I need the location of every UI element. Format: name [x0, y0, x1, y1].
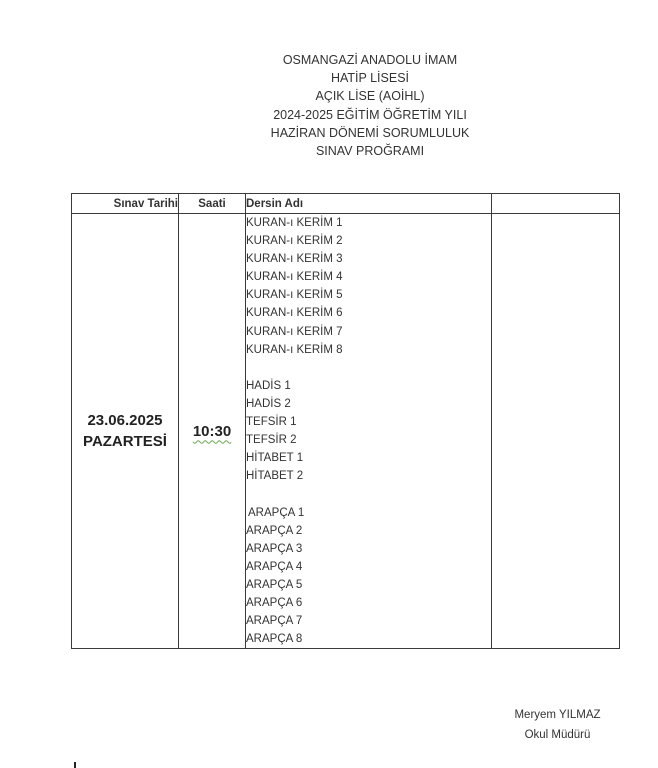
- course-item: KURAN-ı KERİM 7: [246, 323, 491, 341]
- course-item: ARAPÇA 7: [246, 612, 491, 630]
- text-cursor-mark: [74, 762, 76, 768]
- exam-date-cell: 23.06.2025 PAZARTESİ: [72, 214, 179, 649]
- title-line: OSMANGAZİ ANADOLU İMAM: [240, 51, 500, 69]
- course-item: HİTABET 1: [246, 449, 491, 467]
- course-item: KURAN-ı KERİM 3: [246, 250, 491, 268]
- exam-time: 10:30: [193, 423, 231, 440]
- group-spacer: [246, 485, 491, 503]
- document-title: OSMANGAZİ ANADOLU İMAM HATİP LİSESİ AÇIK…: [240, 51, 500, 160]
- course-item: HADİS 2: [246, 395, 491, 413]
- course-item: KURAN-ı KERİM 4: [246, 268, 491, 286]
- title-line: SINAV PROĞRAMI: [240, 142, 500, 160]
- course-item: ARAPÇA 3: [246, 540, 491, 558]
- course-item: TEFSİR 2: [246, 431, 491, 449]
- course-item: ARAPÇA 1: [246, 504, 491, 522]
- course-list-cell: KURAN-ı KERİM 1 KURAN-ı KERİM 2 KURAN-ı …: [246, 214, 492, 649]
- column-header-time: Saati: [179, 194, 246, 214]
- course-item: TEFSİR 1: [246, 413, 491, 431]
- exam-time-cell: 10:30: [179, 214, 246, 649]
- course-item: HADİS 1: [246, 377, 491, 395]
- column-header-empty: [492, 194, 620, 214]
- empty-cell: [492, 214, 620, 649]
- title-line: HAZİRAN DÖNEMİ SORUMLULUK: [240, 124, 500, 142]
- course-item: ARAPÇA 2: [246, 522, 491, 540]
- column-header-course: Dersin Adı: [246, 194, 492, 214]
- signatory-title: Okul Müdürü: [495, 725, 620, 745]
- title-line: AÇIK LİSE (AOİHL): [240, 87, 500, 105]
- signatory-name: Meryem YILMAZ: [495, 705, 620, 725]
- course-item: ARAPÇA 8: [246, 630, 491, 648]
- course-item: KURAN-ı KERİM 8: [246, 341, 491, 359]
- course-item: KURAN-ı KERİM 6: [246, 304, 491, 322]
- table-header-row: Sınav Tarihi Saati Dersin Adı: [72, 194, 620, 214]
- course-item: KURAN-ı KERİM 1: [246, 214, 491, 232]
- course-item: ARAPÇA 6: [246, 594, 491, 612]
- exam-date: 23.06.2025: [72, 410, 178, 431]
- group-spacer: [246, 359, 491, 377]
- column-header-date: Sınav Tarihi: [72, 194, 179, 214]
- course-item: ARAPÇA 4: [246, 558, 491, 576]
- exam-day: PAZARTESİ: [72, 431, 178, 452]
- signature-block: Meryem YILMAZ Okul Müdürü: [495, 705, 620, 745]
- table-row: 23.06.2025 PAZARTESİ 10:30 KURAN-ı KERİM…: [72, 214, 620, 649]
- course-item: KURAN-ı KERİM 2: [246, 232, 491, 250]
- course-item: ARAPÇA 5: [246, 576, 491, 594]
- course-item: HİTABET 2: [246, 467, 491, 485]
- title-line: 2024-2025 EĞİTİM ÖĞRETİM YILI: [240, 106, 500, 124]
- course-item: KURAN-ı KERİM 5: [246, 286, 491, 304]
- exam-schedule-table: Sınav Tarihi Saati Dersin Adı 23.06.2025…: [71, 193, 620, 649]
- title-line: HATİP LİSESİ: [240, 69, 500, 87]
